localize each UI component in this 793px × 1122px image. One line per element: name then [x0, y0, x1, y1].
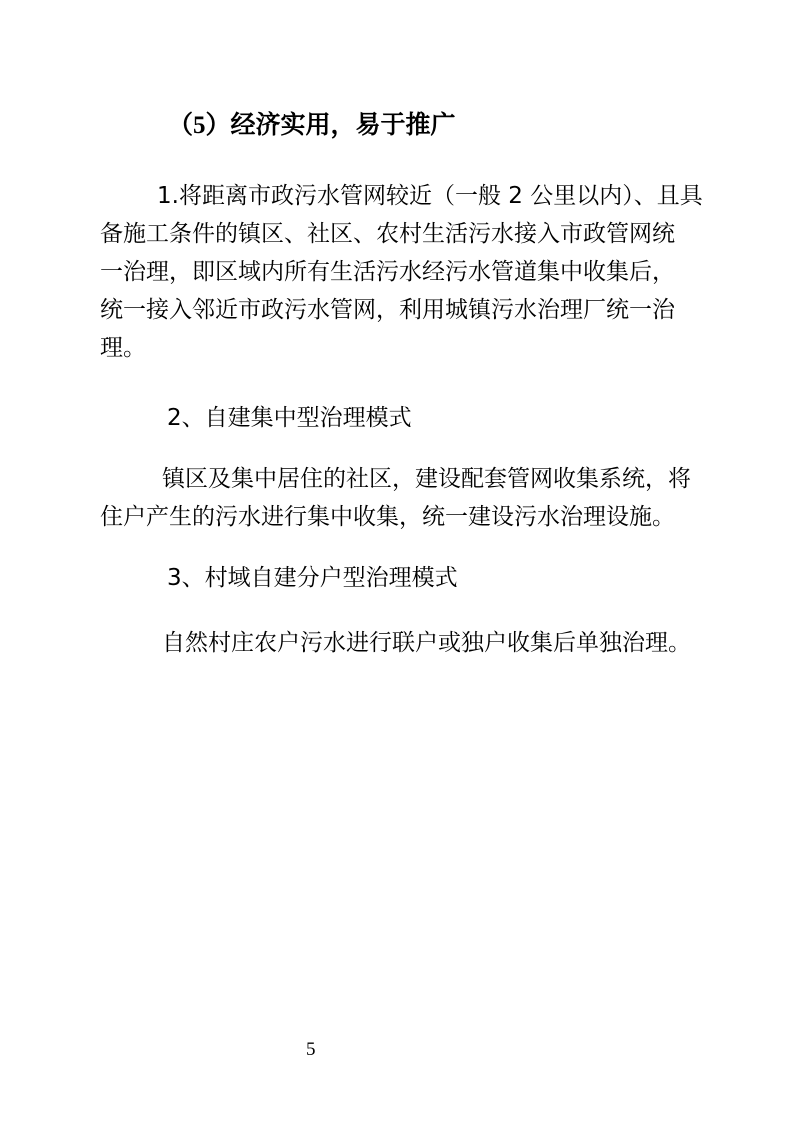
- paragraph-1: 1.将距离市政污水管网较近（一般 2 公里以内）、且具 备施工条件的镇区、社区、…: [100, 177, 694, 367]
- text-line: 住户产生的污水进行集中收集，统一建设污水治理设施。: [100, 498, 694, 536]
- paragraph-2: 镇区及集中居住的社区，建设配套管网收集系统，将 住户产生的污水进行集中收集，统一…: [100, 460, 694, 536]
- page-number: 5: [306, 1038, 316, 1062]
- section-heading-2: 2、自建集中型治理模式: [167, 404, 412, 432]
- document-page: （5）经济实用，易于推广 1.将距离市政污水管网较近（一般 2 公里以内）、且具…: [0, 0, 793, 1122]
- text-line: 备施工条件的镇区、社区、农村生活污水接入市政管网统: [100, 215, 694, 253]
- section-heading-3: 3、村域自建分户型治理模式: [167, 564, 458, 592]
- text-line: 镇区及集中居住的社区，建设配套管网收集系统，将: [100, 460, 694, 498]
- text-line: 1.将距离市政污水管网较近（一般 2 公里以内）、且具: [100, 177, 694, 215]
- paragraph-3: 自然村庄农户污水进行联户或独户收集后单独治理。: [100, 624, 694, 662]
- text-line: 一治理，即区域内所有生活污水经污水管道集中收集后，: [100, 253, 694, 291]
- text-line: 统一接入邻近市政污水管网，利用城镇污水治理厂统一治: [100, 291, 694, 329]
- text-line: 理。: [100, 329, 694, 367]
- section-heading-5: （5）经济实用，易于推广: [168, 111, 456, 141]
- text-line: 自然村庄农户污水进行联户或独户收集后单独治理。: [100, 624, 694, 662]
